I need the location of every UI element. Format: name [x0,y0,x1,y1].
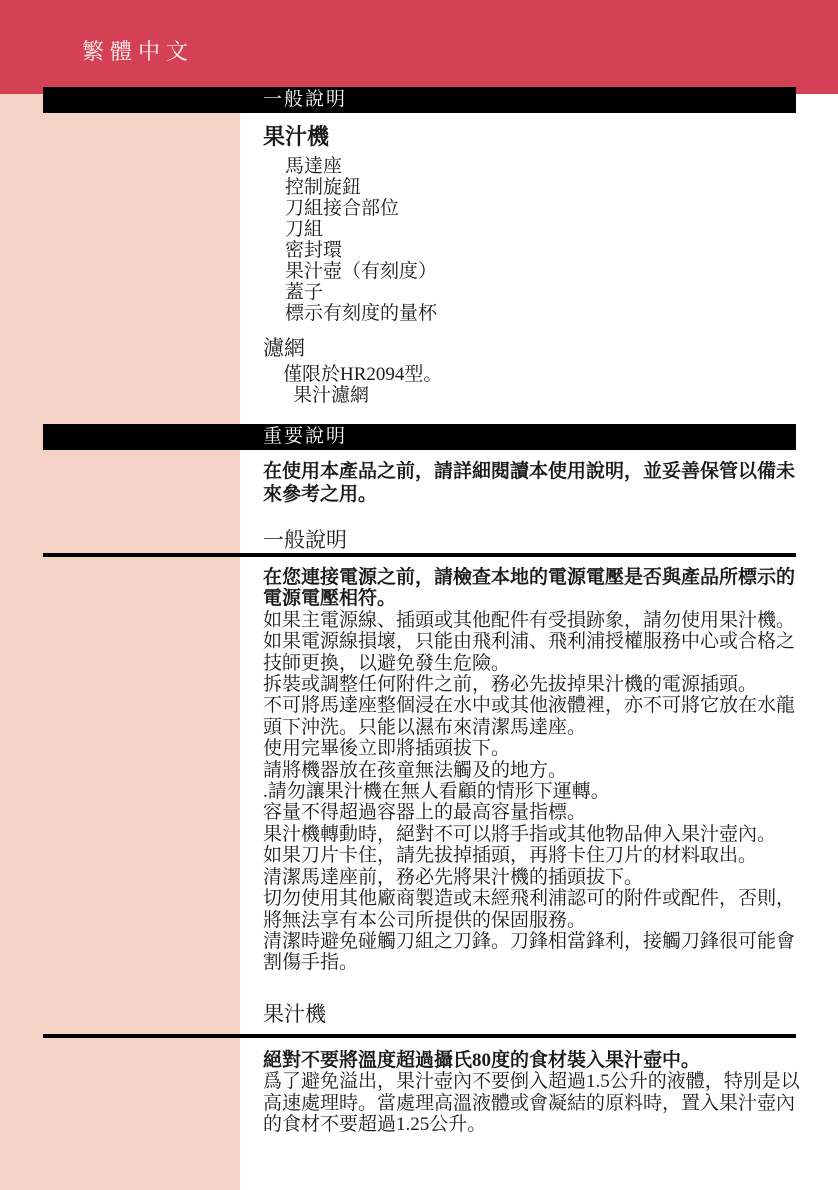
subsection-heading-general: 一般說明 [263,528,347,552]
blender-part-item: 標示有刻度的量杯 [285,303,803,324]
blender-part-item: 密封環 [285,240,803,261]
safety-item: 切勿使用其他廠商製造或未經飛利浦認可的附件或配件，否則，將無法享有本公司所提供的… [263,888,800,931]
safety-item: .請勿讓果汁機在無人看顧的情形下運轉。 [263,781,800,802]
important-intro-paragraph: 在使用本產品之前，請詳細閱讀本使用說明，並妥善保管以備未來參考之用。 [263,461,800,506]
blender-part-item: 蓋子 [285,282,803,303]
safety-item: 拆裝或調整任何附件之前，務必先拔掉果汁機的電源插頭。 [263,674,800,695]
general-safety-list: 在您連接電源之前，請檢查本地的電源電壓是否與產品所標示的電源電壓相符。如果主電源… [263,567,800,974]
filter-model-note: 僅限於HR2094型。 [283,364,803,385]
filter-part-item: 果汁濾網 [293,385,803,406]
safety-item: 清潔時避免碰觸刀組之刀鋒。刀鋒相當鋒利，接觸刀鋒很可能會割傷手指。 [263,931,800,974]
blender-safety-list: 絕對不要將溫度超過攝氏80度的食材裝入果汁壺中。爲了避免溢出，果汁壺內不要倒入超… [263,1050,800,1136]
section-bar-general-description: 一般說明 [43,87,796,113]
blender-part-item: 刀組接合部位 [285,198,803,219]
section-bar-important: 重要說明 [43,424,796,450]
blender-part-item: 刀組 [285,219,803,240]
safety-item: 如果主電源線、插頭或其他配件有受損跡象，請勿使用果汁機。 [263,610,800,631]
blender-part-item: 果汁壺（有刻度） [285,261,803,282]
safety-item: 使用完畢後立即將插頭拔下。 [263,738,800,759]
blender-part-item: 馬達座 [285,156,803,177]
horizontal-rule [43,1034,796,1038]
blender-part-item: 控制旋鈕 [285,177,803,198]
safety-item: 在您連接電源之前，請檢查本地的電源電壓是否與產品所標示的電源電壓相符。 [263,567,800,610]
safety-item: 請將機器放在孩童無法觸及的地方。 [263,760,800,781]
safety-item: 容量不得超過容器上的最高容量指標。 [263,802,800,823]
safety-item: 不可將馬達座整個浸在水中或其他液體裡，亦不可將它放在水龍頭下沖洗。只能以濕布來清… [263,695,800,738]
filter-heading: 濾網 [263,336,803,361]
blender-parts-list: 馬達座控制旋鈕刀組接合部位刀組密封環果汁壺（有刻度）蓋子標示有刻度的量杯 [285,156,803,324]
overview-section: 果汁機 馬達座控制旋鈕刀組接合部位刀組密封環果汁壺（有刻度）蓋子標示有刻度的量杯… [263,124,803,406]
blender-heading: 果汁機 [263,124,803,150]
subsection-heading-blender: 果汁機 [263,1002,326,1026]
safety-item: 果汁機轉動時，絕對不可以將手指或其他物品伸入果汁壺內。 [263,824,800,845]
safety-item: 如果電源線損壞，只能由飛利浦、飛利浦授權服務中心或合格之技師更換，以避免發生危險… [263,631,800,674]
intro-text: 在使用本產品之前，請詳細閱讀本使用說明，並妥善保管以備未來參考之用。 [263,461,800,506]
safety-item: 清潔馬達座前，務必先將果汁機的插頭拔下。 [263,867,800,888]
safety-item: 爲了避免溢出，果汁壺內不要倒入超過1.5公升的液體，特別是以高速處理時。當處理高… [263,1071,800,1135]
section-bar-important-label: 重要說明 [263,427,347,447]
language-banner: 繁體中文 [0,0,838,94]
horizontal-rule [43,553,796,557]
section-bar-general-label: 一般說明 [263,90,347,110]
language-label: 繁體中文 [82,39,194,65]
pink-margin-column [0,94,240,1190]
safety-item: 絕對不要將溫度超過攝氏80度的食材裝入果汁壺中。 [263,1050,800,1071]
manual-page: 繁體中文 一般說明 果汁機 馬達座控制旋鈕刀組接合部位刀組密封環果汁壺（有刻度）… [0,0,838,1190]
safety-item: 如果刀片卡住，請先拔掉插頭，再將卡住刀片的材料取出。 [263,845,800,866]
